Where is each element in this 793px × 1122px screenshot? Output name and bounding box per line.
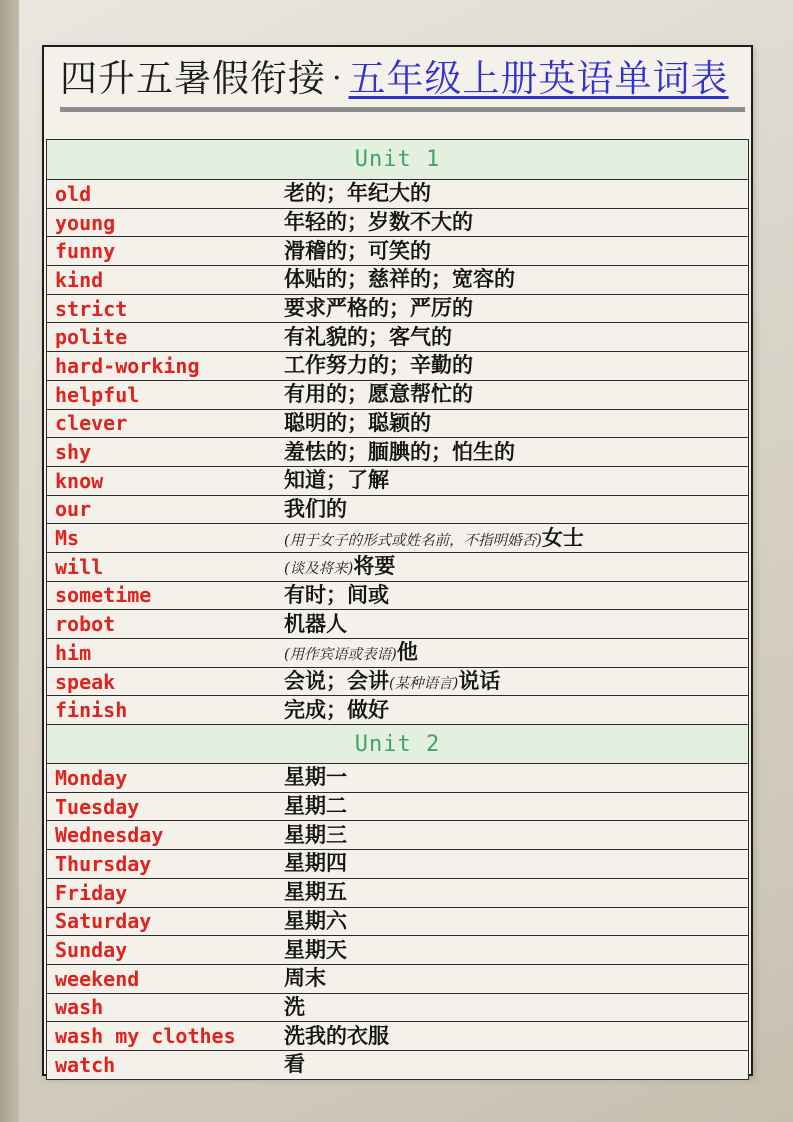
meaning-text: 知道；了解 [284,468,389,492]
table-row: our 我们的 [47,495,748,524]
meaning-annotation: (用作宾语或表语) [284,647,397,663]
meaning-text: 星期四 [284,851,347,875]
meaning-text: 有时；间或 [284,583,389,607]
chinese-meaning: 洗 [284,997,748,1018]
meaning-text: 洗 [284,995,305,1019]
chinese-meaning: 机器人 [284,614,748,635]
chinese-meaning: 有礼貌的；客气的 [284,327,748,348]
unit-header-row: Unit 2 [47,724,748,763]
table-row: polite 有礼貌的；客气的 [47,322,748,351]
chinese-meaning: 知道；了解 [284,470,748,491]
table-row: wash my clothes 洗我的衣服 [47,1021,748,1050]
meaning-text: 聪明的；聪颖的 [284,411,431,435]
table-row: Thursday 星期四 [47,849,748,878]
chinese-meaning: (谈及将来)将要 [284,556,748,577]
english-word: Wednesday [47,823,284,847]
english-word: finish [47,698,284,722]
english-word: watch [47,1053,284,1077]
meaning-text: 会说；会讲 [284,669,389,693]
meaning-text: 星期三 [284,823,347,847]
chinese-meaning: 周末 [284,968,748,989]
chinese-meaning: (用于女子的形式或姓名前，不指明婚否)女士 [284,528,748,549]
meaning-text: 洗我的衣服 [284,1024,389,1048]
meaning-text: 年轻的；岁数不大的 [284,210,473,234]
english-word: robot [47,612,284,636]
meaning-text: 女士 [542,526,584,550]
chinese-meaning: 要求严格的；严厉的 [284,298,748,319]
chinese-meaning: 老的；年纪大的 [284,183,748,204]
title-prefix: 四升五暑假衔接 [60,57,326,100]
english-word: shy [47,440,284,464]
chinese-meaning: 星期四 [284,853,748,874]
meaning-text: 星期五 [284,880,347,904]
meaning-annotation: (某种语言) [389,676,458,692]
english-word: Monday [47,766,284,790]
chinese-meaning: 洗我的衣服 [284,1026,748,1047]
chinese-meaning: 工作努力的；辛勤的 [284,355,748,376]
meaning-text: 星期六 [284,909,347,933]
english-word: our [47,497,284,521]
english-word: funny [47,239,284,263]
english-word: Thursday [47,852,284,876]
english-word: polite [47,325,284,349]
table-row: shy 羞怯的；腼腆的；怕生的 [47,437,748,466]
chinese-meaning: 有用的；愿意帮忙的 [284,384,748,405]
chinese-meaning: 体贴的；慈祥的；宽容的 [284,269,748,290]
english-word: Saturday [47,909,284,933]
meaning-text: 看 [284,1052,305,1076]
english-word: hard-working [47,354,284,378]
english-word: Ms [47,526,284,550]
table-row: clever 聪明的；聪颖的 [47,409,748,438]
english-word: helpful [47,383,284,407]
table-row: finish 完成；做好 [47,695,748,724]
meaning-text: 体贴的；慈祥的；宽容的 [284,267,515,291]
meaning-text: 星期天 [284,938,347,962]
meaning-text: 我们的 [284,497,347,521]
chinese-meaning: 星期五 [284,882,748,903]
table-row: Friday 星期五 [47,878,748,907]
meaning-text: 完成；做好 [284,698,389,722]
english-word: sometime [47,583,284,607]
english-word: wash my clothes [47,1024,284,1048]
unit-header-row: Unit 1 [47,140,748,179]
meaning-text: 工作努力的；辛勤的 [284,353,473,377]
worksheet-page: 四升五暑假衔接·五年级上册英语单词表 Unit 1 old 老的；年纪大的 yo… [42,45,753,1076]
table-row: Saturday 星期六 [47,907,748,936]
chinese-meaning: 星期二 [284,796,748,817]
english-word: speak [47,670,284,694]
english-word: wash [47,995,284,1019]
chinese-meaning: 聪明的；聪颖的 [284,413,748,434]
chinese-meaning: 星期天 [284,940,748,961]
chinese-meaning: 羞怯的；腼腆的；怕生的 [284,442,748,463]
chinese-meaning: 星期一 [284,767,748,788]
word-table: Unit 1 old 老的；年纪大的 young 年轻的；岁数不大的 funny… [46,139,749,1080]
page-edge-shadow-strip [0,0,19,1122]
english-word: young [47,211,284,235]
table-row: hard-working 工作努力的；辛勤的 [47,351,748,380]
english-word: old [47,182,284,206]
table-row: watch 看 [47,1050,748,1079]
english-word: clever [47,411,284,435]
meaning-text: 有礼貌的；客气的 [284,325,452,349]
table-row: him (用作宾语或表语)他 [47,638,748,667]
english-word: will [47,555,284,579]
chinese-meaning: 滑稽的；可笑的 [284,241,748,262]
table-row: young 年轻的；岁数不大的 [47,208,748,237]
chinese-meaning: 星期三 [284,825,748,846]
meaning-annotation: (用于女子的形式或姓名前，不指明婚否) [284,533,542,549]
chinese-meaning: 有时；间或 [284,585,748,606]
english-word: Friday [47,881,284,905]
table-row: Tuesday 星期二 [47,792,748,821]
meaning-text: 老的；年纪大的 [284,181,431,205]
table-row: strict 要求严格的；严厉的 [47,294,748,323]
unit-header-label: Unit 1 [355,147,440,172]
table-row: helpful 有用的；愿意帮忙的 [47,380,748,409]
chinese-meaning: 年轻的；岁数不大的 [284,212,748,233]
table-row: robot 机器人 [47,609,748,638]
chinese-meaning: 看 [284,1054,748,1075]
table-row: funny 滑稽的；可笑的 [47,236,748,265]
table-row: speak 会说；会讲(某种语言)说话 [47,667,748,696]
chinese-meaning: 星期六 [284,911,748,932]
meaning-text: 机器人 [284,612,347,636]
meaning-text: 羞怯的；腼腆的；怕生的 [284,440,515,464]
table-row: kind 体贴的；慈祥的；宽容的 [47,265,748,294]
english-word: Tuesday [47,795,284,819]
meaning-annotation: (谈及将来) [284,561,353,577]
meaning-text: 要求严格的；严厉的 [284,296,473,320]
english-word: know [47,469,284,493]
table-row: know 知道；了解 [47,466,748,495]
english-word: Sunday [47,938,284,962]
title-separator-dot: · [326,61,349,96]
english-word: weekend [47,967,284,991]
meaning-text: 将要 [353,554,395,578]
table-row: will (谈及将来)将要 [47,552,748,581]
unit-header-label: Unit 2 [355,732,440,757]
title-block: 四升五暑假衔接·五年级上册英语单词表 [44,47,751,112]
table-row: weekend 周末 [47,964,748,993]
title-underline-rule [60,107,745,112]
table-row: Wednesday 星期三 [47,820,748,849]
page-title: 四升五暑假衔接·五年级上册英语单词表 [60,55,747,103]
meaning-text: 星期一 [284,765,347,789]
chinese-meaning: 完成；做好 [284,700,748,721]
document-background: { "page": { "title": { "prefix": "四升五暑假衔… [0,0,793,1122]
meaning-text: 星期二 [284,794,347,818]
english-word: kind [47,268,284,292]
table-row: old 老的；年纪大的 [47,179,748,208]
chinese-meaning: 会说；会讲(某种语言)说话 [284,671,748,692]
meaning-text: 他 [397,640,418,664]
table-row: Ms (用于女子的形式或姓名前，不指明婚否)女士 [47,523,748,552]
table-row: wash 洗 [47,993,748,1022]
meaning-text: 有用的；愿意帮忙的 [284,382,473,406]
english-word: strict [47,297,284,321]
english-word: him [47,641,284,665]
table-row: Sunday 星期天 [47,935,748,964]
chinese-meaning: 我们的 [284,499,748,520]
meaning-text: 说话 [458,669,500,693]
chinese-meaning: (用作宾语或表语)他 [284,642,748,663]
table-row: Monday 星期一 [47,763,748,792]
meaning-text: 周末 [284,966,326,990]
meaning-text: 滑稽的；可笑的 [284,239,431,263]
table-row: sometime 有时；间或 [47,581,748,610]
title-link[interactable]: 五年级上册英语单词表 [349,57,729,100]
